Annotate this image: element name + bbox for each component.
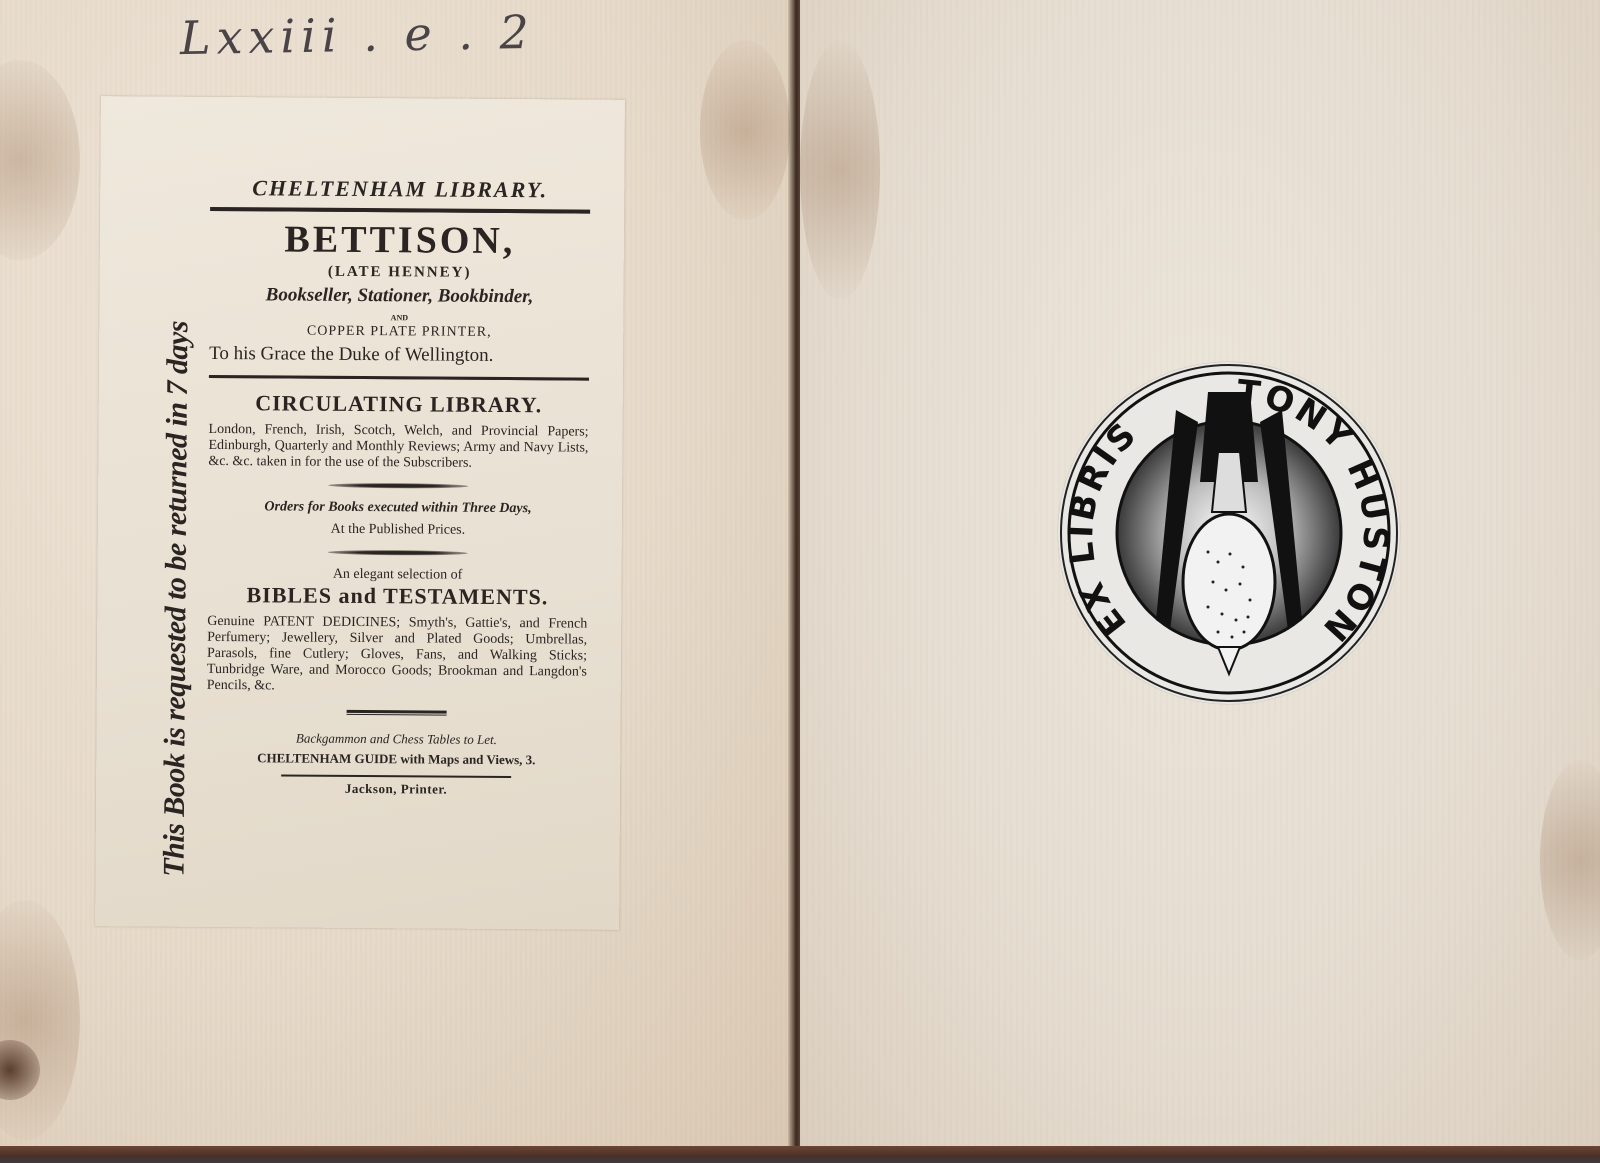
- divider: [209, 375, 589, 381]
- divider: [347, 709, 447, 715]
- return-notice: This Book is requested to be returned in…: [157, 177, 196, 877]
- ex-libris-bookplate: EX LIBRIS TONY HUSTON: [1058, 362, 1400, 704]
- open-book-spread: Lxxiii . e . 2 This Book is requested to…: [0, 0, 1600, 1163]
- bibles-heading: BIBLES and TESTAMENTS.: [207, 582, 587, 611]
- stain: [700, 40, 790, 220]
- printer-line: Jackson, Printer.: [206, 779, 586, 798]
- goods-text: Genuine PATENT DEDICINES; Smyth's, Gatti…: [207, 614, 588, 697]
- guide-line: CHELTENHAM GUIDE with Maps and Views, 3.: [206, 749, 586, 768]
- orders-line: Orders for Books executed within Three D…: [208, 499, 588, 518]
- and-word: AND: [209, 312, 589, 324]
- binding-bottom-edge: [0, 1146, 1600, 1163]
- ornamental-rule: [328, 483, 468, 489]
- prices-line: At the Published Prices.: [208, 521, 588, 540]
- copper-plate-line: COPPER PLATE PRINTER,: [209, 323, 589, 342]
- library-heading: CHELTENHAM LIBRARY.: [210, 175, 590, 204]
- bookplate-bird-icon: EX LIBRIS TONY HUSTON: [1058, 362, 1400, 704]
- patronage-line: To his Grace the Duke of Wellington.: [209, 343, 589, 368]
- inside-front-cover: Lxxiii . e . 2 This Book is requested to…: [0, 0, 796, 1148]
- handwritten-shelfmark: Lxxiii . e . 2: [180, 5, 536, 65]
- stain: [800, 40, 880, 300]
- trades-line: Bookseller, Stationer, Bookbinder,: [209, 284, 589, 309]
- circulating-heading: CIRCULATING LIBRARY.: [209, 390, 589, 419]
- circulating-text: London, French, Irish, Scotch, Welch, an…: [208, 422, 588, 473]
- label-content: CHELTENHAM LIBRARY. BETTISON, (LATE HENN…: [206, 175, 590, 798]
- stain: [0, 60, 80, 260]
- formerly-note: (LATE HENNEY): [210, 263, 590, 283]
- divider: [210, 207, 590, 214]
- stain: [1540, 760, 1600, 960]
- cheltenham-library-label: This Book is requested to be returned in…: [95, 96, 625, 930]
- stain: [0, 900, 80, 1140]
- backgammon-line: Backgammon and Chess Tables to Let.: [206, 729, 586, 748]
- divider: [281, 774, 511, 778]
- ornamental-rule: [328, 550, 468, 556]
- proprietor-name: BETTISON,: [210, 219, 590, 263]
